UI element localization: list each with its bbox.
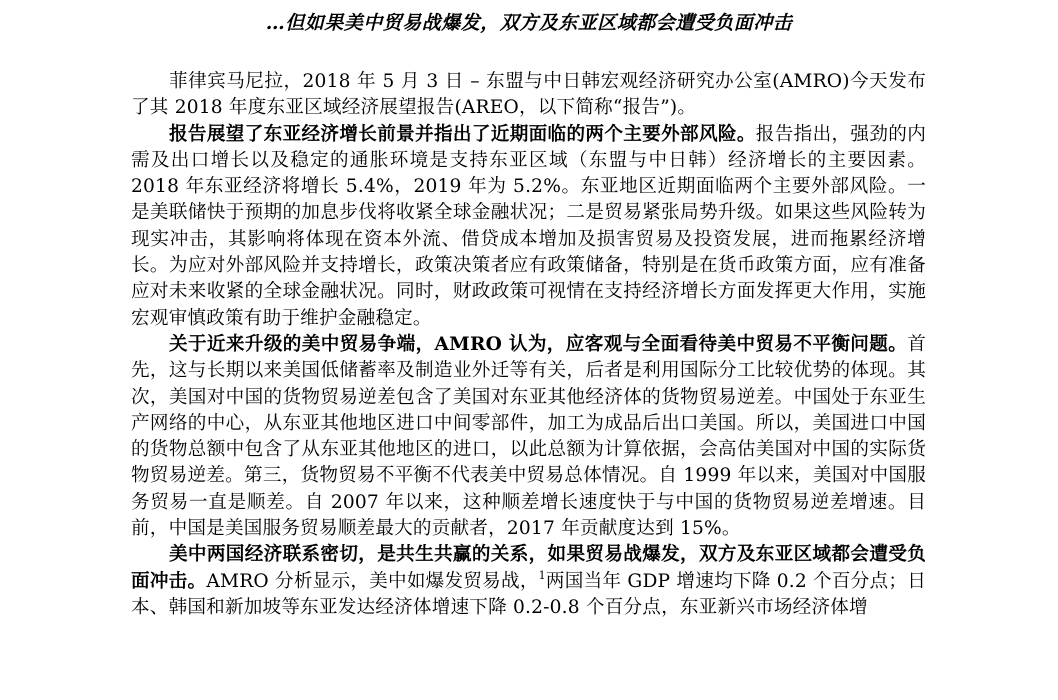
- paragraph-outlook-heading: 报告展望了东亚经济增长前景并指出了近期面临的两个主要外部风险。: [169, 124, 756, 145]
- paragraph-intro-text: 菲律宾马尼拉，2018 年 5 月 3 日 – 东盟与中日韩宏观经济研究办公室(…: [131, 71, 926, 118]
- paragraph-intro: 菲律宾马尼拉，2018 年 5 月 3 日 – 东盟与中日韩宏观经济研究办公室(…: [131, 69, 926, 122]
- document-subtitle: …但如果美中贸易战爆发，双方及东亚区域都会遭受负面冲击: [0, 10, 1058, 36]
- footnote-marker[interactable]: 1: [539, 569, 546, 582]
- paragraph-trade-war-text-lead: AMRO 分析显示，美中如爆发贸易战，: [206, 571, 538, 592]
- paragraph-trade-war-impact: 美中两国经济联系密切，是共生共赢的关系，如果贸易战爆发，双方及东亚区域都会遭受负…: [131, 542, 926, 621]
- paragraph-trade-dispute-text: 首先，这与长期以来美国低储蓄率及制造业外迁等有关，后者是利用国际分工比较优势的体…: [131, 334, 926, 539]
- document-body: 菲律宾马尼拉，2018 年 5 月 3 日 – 东盟与中日韩宏观经济研究办公室(…: [131, 69, 926, 621]
- paragraph-outlook-text: 报告指出，强劲的内需及出口增长以及稳定的通胀环境是支持东亚区域（东盟与中日韩）经…: [131, 124, 926, 329]
- paragraph-trade-dispute-heading: 关于近来升级的美中贸易争端，AMRO 认为，应客观与全面看待美中贸易不平衡问题。: [169, 334, 907, 355]
- paragraph-outlook: 报告展望了东亚经济增长前景并指出了近期面临的两个主要外部风险。报告指出，强劲的内…: [131, 122, 926, 332]
- paragraph-trade-dispute: 关于近来升级的美中贸易争端，AMRO 认为，应客观与全面看待美中贸易不平衡问题。…: [131, 332, 926, 542]
